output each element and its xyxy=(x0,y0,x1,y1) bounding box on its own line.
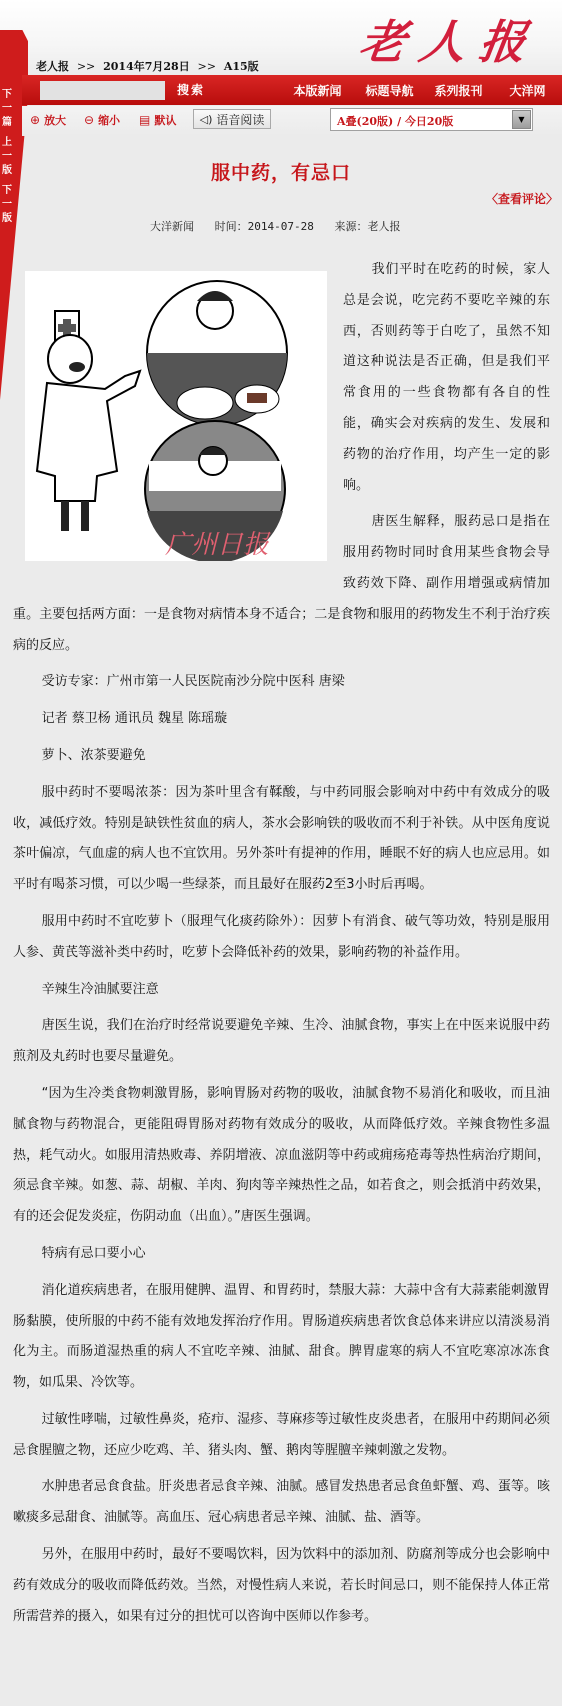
paragraph: 唐医生说，我们在治疗时经常说要避免辛辣、生冷、油腻食物，事实上在中医来说服中药煎… xyxy=(13,1011,550,1073)
article-body: 我们平时在吃药的时候，家人总是会说，吃完药不要吃辛辣的东西，否则药等于白吃了，虽… xyxy=(13,255,550,1638)
default-size-button[interactable]: ▤ 默认 xyxy=(139,112,176,128)
label-char: 一 xyxy=(0,198,14,212)
next-article-link[interactable]: 下 一 篇 xyxy=(0,88,14,130)
section-heading: 特病有忌口要小心 xyxy=(13,1239,550,1270)
label-char: 上 xyxy=(0,136,14,150)
label-char: 版 xyxy=(0,212,14,226)
search-input[interactable] xyxy=(40,81,165,100)
zoom-out-icon: ⊖ xyxy=(84,113,94,127)
breadcrumb-date[interactable]: 2014年7月28日 xyxy=(103,60,190,73)
nav-link-dayoo[interactable]: 大洋网 xyxy=(493,82,562,99)
breadcrumb-separator: >> xyxy=(198,60,216,73)
byline-site: 大洋新闻 xyxy=(150,220,194,233)
paragraph: “因为生冷类食物刺激胃肠，影响胃肠对药物的吸收，油腻食物不易消化和吸收，而且油腻… xyxy=(13,1079,550,1233)
image-float-spacer xyxy=(13,255,343,571)
source-label: 来源： xyxy=(334,220,367,233)
section-heading: 辛辣生冷油腻要注意 xyxy=(13,975,550,1006)
source-value: 老人报 xyxy=(367,220,400,233)
toolbar: ⊕ 放大 ⊖ 缩小 ▤ 默认 ◁) 语音阅读 A叠(20版) / 今日20版 ▼ xyxy=(22,106,562,136)
label-char: 一 xyxy=(0,102,14,116)
label-char: 篇 xyxy=(0,116,14,130)
paragraph: 水肿患者忌食食盐。肝炎患者忌食辛辣、油腻。感冒发热患者忌食鱼虾蟹、鸡、蛋等。咳嗽… xyxy=(13,1472,550,1534)
voice-read-button[interactable]: ◁) 语音阅读 xyxy=(193,109,271,129)
breadcrumb-separator: >> xyxy=(77,60,95,73)
zoom-in-label: 放大 xyxy=(44,112,66,128)
time-label: 时间： xyxy=(215,220,248,233)
breadcrumb: 老人报 >> 2014年7月28日 >> A15版 xyxy=(36,58,259,74)
article-byline: 大洋新闻 时间：2014-07-28 来源：老人报 xyxy=(150,218,414,234)
document-icon: ▤ xyxy=(139,113,150,127)
nav-link-title-navigation[interactable]: 标题导航 xyxy=(355,82,424,99)
nav-link-series-papers[interactable]: 系列报刊 xyxy=(424,82,493,99)
byline-time: 时间：2014-07-28 xyxy=(215,220,314,233)
breadcrumb-edition[interactable]: A15版 xyxy=(224,60,259,73)
byline-source: 来源：老人报 xyxy=(334,220,400,233)
paragraph: 受访专家：广州市第一人民医院南沙分院中医科 唐梁 xyxy=(13,667,550,698)
zoom-in-icon: ⊕ xyxy=(30,113,40,127)
zoom-out-label: 缩小 xyxy=(98,112,120,128)
chevron-down-icon[interactable]: ▼ xyxy=(512,110,531,129)
edition-select[interactable]: A叠(20版) / 今日20版 ▼ xyxy=(330,108,533,131)
newspaper-logo[interactable]: 老人报 xyxy=(355,6,544,72)
breadcrumb-home[interactable]: 老人报 xyxy=(36,60,69,73)
next-edition-link[interactable]: 下 一 版 xyxy=(0,184,14,226)
label-char: 下 xyxy=(0,184,14,198)
label-char: 下 xyxy=(0,88,14,102)
paragraph: 消化道疾病患者，在服用健脾、温胃、和胃药时，禁服大蒜：大蒜中含有大蒜素能刺激胃肠… xyxy=(13,1276,550,1399)
voice-read-label: 语音阅读 xyxy=(216,111,264,128)
nav-link-edition-news[interactable]: 本版新闻 xyxy=(280,82,355,99)
speaker-icon: ◁) xyxy=(200,113,213,126)
time-value: 2014-07-28 xyxy=(248,220,314,233)
section-heading: 萝卜、浓茶要避免 xyxy=(13,741,550,772)
view-comments-link[interactable]: 〈查看评论〉 xyxy=(486,190,558,207)
paragraph: 另外，在服用中药时，最好不要喝饮料，因为饮料中的添加剂、防腐剂等成分也会影响中药… xyxy=(13,1540,550,1632)
paragraph: 服用中药时不宜吃萝卜（服理气化痰药除外）：因萝卜有消食、破气等功效，特别是服用人… xyxy=(13,907,550,969)
edition-select-value: A叠(20版) / 今日20版 xyxy=(337,113,453,129)
nav-bar: 搜索 本版新闻 标题导航 系列报刊 大洋网 xyxy=(22,75,562,105)
zoom-in-button[interactable]: ⊕ 放大 xyxy=(30,112,66,128)
paragraph: 记者 蔡卫杨 通讯员 魏星 陈瑶璇 xyxy=(13,704,550,735)
article-title: 服中药，有忌口 xyxy=(0,158,562,185)
paragraph: 过敏性哮喘，过敏性鼻炎，疮疖、湿疹、荨麻疹等过敏性皮炎患者，在服用中药期间必须忌… xyxy=(13,1405,550,1467)
paragraph: 服中药时不要喝浓茶：因为茶叶里含有鞣酸，与中药同服会影响对中药中有效成分的吸收，… xyxy=(13,778,550,901)
search-button[interactable]: 搜索 xyxy=(177,81,205,98)
zoom-out-button[interactable]: ⊖ 缩小 xyxy=(84,112,120,128)
default-label: 默认 xyxy=(154,112,176,128)
nav-links: 本版新闻 标题导航 系列报刊 大洋网 xyxy=(280,82,562,99)
